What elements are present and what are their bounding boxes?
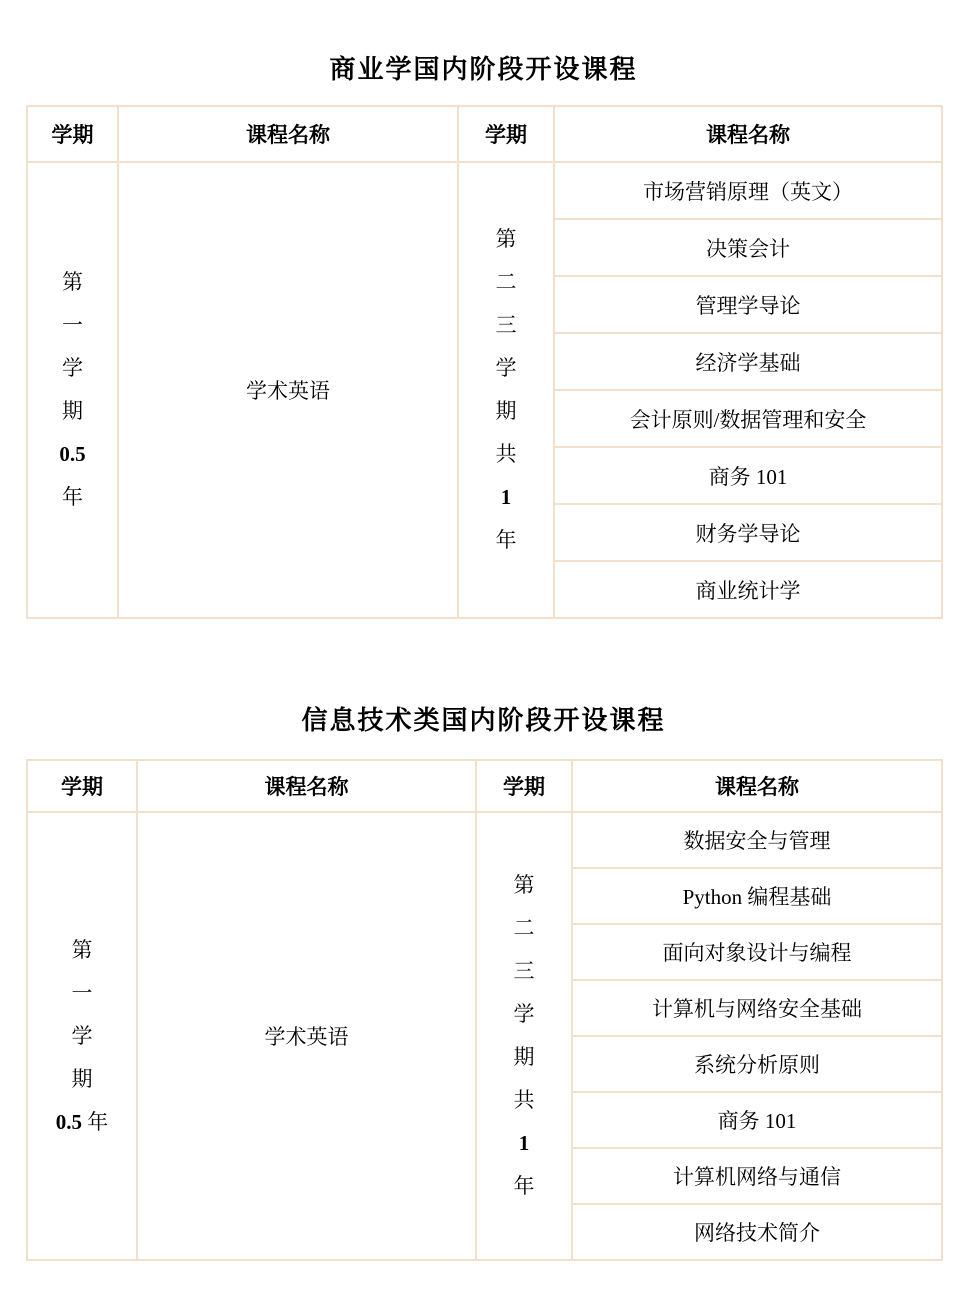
semester-duration-unit: 年 [28, 476, 117, 519]
header-row: 学期 课程名称 学期 课程名称 [27, 760, 942, 812]
semester-first-cell: 第 一 学 期 0.5 年 [27, 162, 118, 618]
course-cell: 计算机与网络安全基础 [572, 980, 942, 1036]
course-cell: 面向对象设计与编程 [572, 924, 942, 980]
semester-char: 期 [477, 1036, 571, 1079]
semester-duration-number: 1 [477, 1122, 571, 1165]
semester-char: 三 [459, 304, 553, 347]
course-cell: 计算机网络与通信 [572, 1148, 942, 1204]
course-cell: Python 编程基础 [572, 868, 942, 924]
course-cell: 管理学导论 [554, 276, 942, 333]
business-course-table: 学期 课程名称 学期 课程名称 第 一 学 期 0.5 年 学术 [26, 105, 943, 619]
column-header-course-1: 课程名称 [118, 106, 458, 162]
semester-char: 第 [459, 218, 553, 261]
semester-two-three-vertical-text: 第 二 三 学 期 共 1 年 [459, 218, 553, 562]
semester-duration-number: 1 [459, 476, 553, 519]
table-row: 第 一 学 期 0.5 年 学术英语 第 二 三 学 期 [27, 162, 942, 219]
course-cell: 商业统计学 [554, 561, 942, 618]
header-row: 学期 课程名称 学期 课程名称 [27, 106, 942, 162]
course-cell: 网络技术简介 [572, 1204, 942, 1260]
semester-char: 第 [477, 864, 571, 907]
semester-char: 二 [459, 261, 553, 304]
semester-char: 共 [459, 433, 553, 476]
semester-char: 一 [28, 304, 117, 347]
it-table-title: 信息技术类国内阶段开设课程 [26, 703, 941, 738]
semester-duration-unit: 年 [459, 519, 553, 562]
column-header-semester-2: 学期 [458, 106, 554, 162]
semester-first-cell: 第 一 学 期 0.5 年 [27, 812, 137, 1260]
table-row: 第 一 学 期 0.5 年 学术英语 第 二 三 学 期 共 [27, 812, 942, 868]
course-cell: 财务学导论 [554, 504, 942, 561]
semester-char: 二 [477, 907, 571, 950]
course-academic-english-cell: 学术英语 [137, 812, 476, 1260]
semester-char: 期 [28, 1058, 136, 1101]
semester-two-three-cell: 第 二 三 学 期 共 1 年 [476, 812, 572, 1260]
semester-first-vertical-text: 第 一 学 期 0.5 年 [28, 261, 117, 519]
semester-duration-number: 0.5 [28, 433, 117, 476]
semester-char: 期 [459, 390, 553, 433]
semester-char: 学 [28, 347, 117, 390]
semester-duration-unit: 年 [87, 1110, 108, 1134]
semester-char: 第 [28, 929, 136, 972]
semester-char: 期 [28, 390, 117, 433]
course-cell: 商务 101 [554, 447, 942, 504]
semester-duration-number: 0.5 [56, 1110, 82, 1134]
column-header-semester-1: 学期 [27, 760, 137, 812]
semester-duration-unit: 年 [477, 1165, 571, 1208]
course-academic-english-cell: 学术英语 [118, 162, 458, 618]
semester-char: 一 [28, 972, 136, 1015]
it-course-table: 学期 课程名称 学期 课程名称 第 一 学 期 0.5 年 学术英语 [26, 759, 943, 1261]
semester-char: 第 [28, 261, 117, 304]
semester-char: 三 [477, 950, 571, 993]
semester-duration-line: 0.5 年 [28, 1101, 136, 1144]
course-cell: 会计原则/数据管理和安全 [554, 390, 942, 447]
semester-two-three-cell: 第 二 三 学 期 共 1 年 [458, 162, 554, 618]
column-header-course-2: 课程名称 [554, 106, 942, 162]
column-header-semester-2: 学期 [476, 760, 572, 812]
course-cell: 数据安全与管理 [572, 812, 942, 868]
column-header-course-2: 课程名称 [572, 760, 942, 812]
column-header-semester-1: 学期 [27, 106, 118, 162]
business-table-title: 商业学国内阶段开设课程 [26, 0, 941, 87]
course-cell: 经济学基础 [554, 333, 942, 390]
semester-first-vertical-text: 第 一 学 期 0.5 年 [28, 929, 136, 1144]
page-content: 商业学国内阶段开设课程 学期 课程名称 学期 课程名称 第 一 学 期 0.5 [26, 0, 941, 1261]
semester-char: 共 [477, 1079, 571, 1122]
course-cell: 决策会计 [554, 219, 942, 276]
semester-char: 学 [459, 347, 553, 390]
column-header-course-1: 课程名称 [137, 760, 476, 812]
semester-two-three-vertical-text: 第 二 三 学 期 共 1 年 [477, 864, 571, 1208]
course-cell: 市场营销原理（英文） [554, 162, 942, 219]
semester-char: 学 [477, 993, 571, 1036]
semester-char: 学 [28, 1015, 136, 1058]
course-cell: 系统分析原则 [572, 1036, 942, 1092]
course-cell: 商务 101 [572, 1092, 942, 1148]
